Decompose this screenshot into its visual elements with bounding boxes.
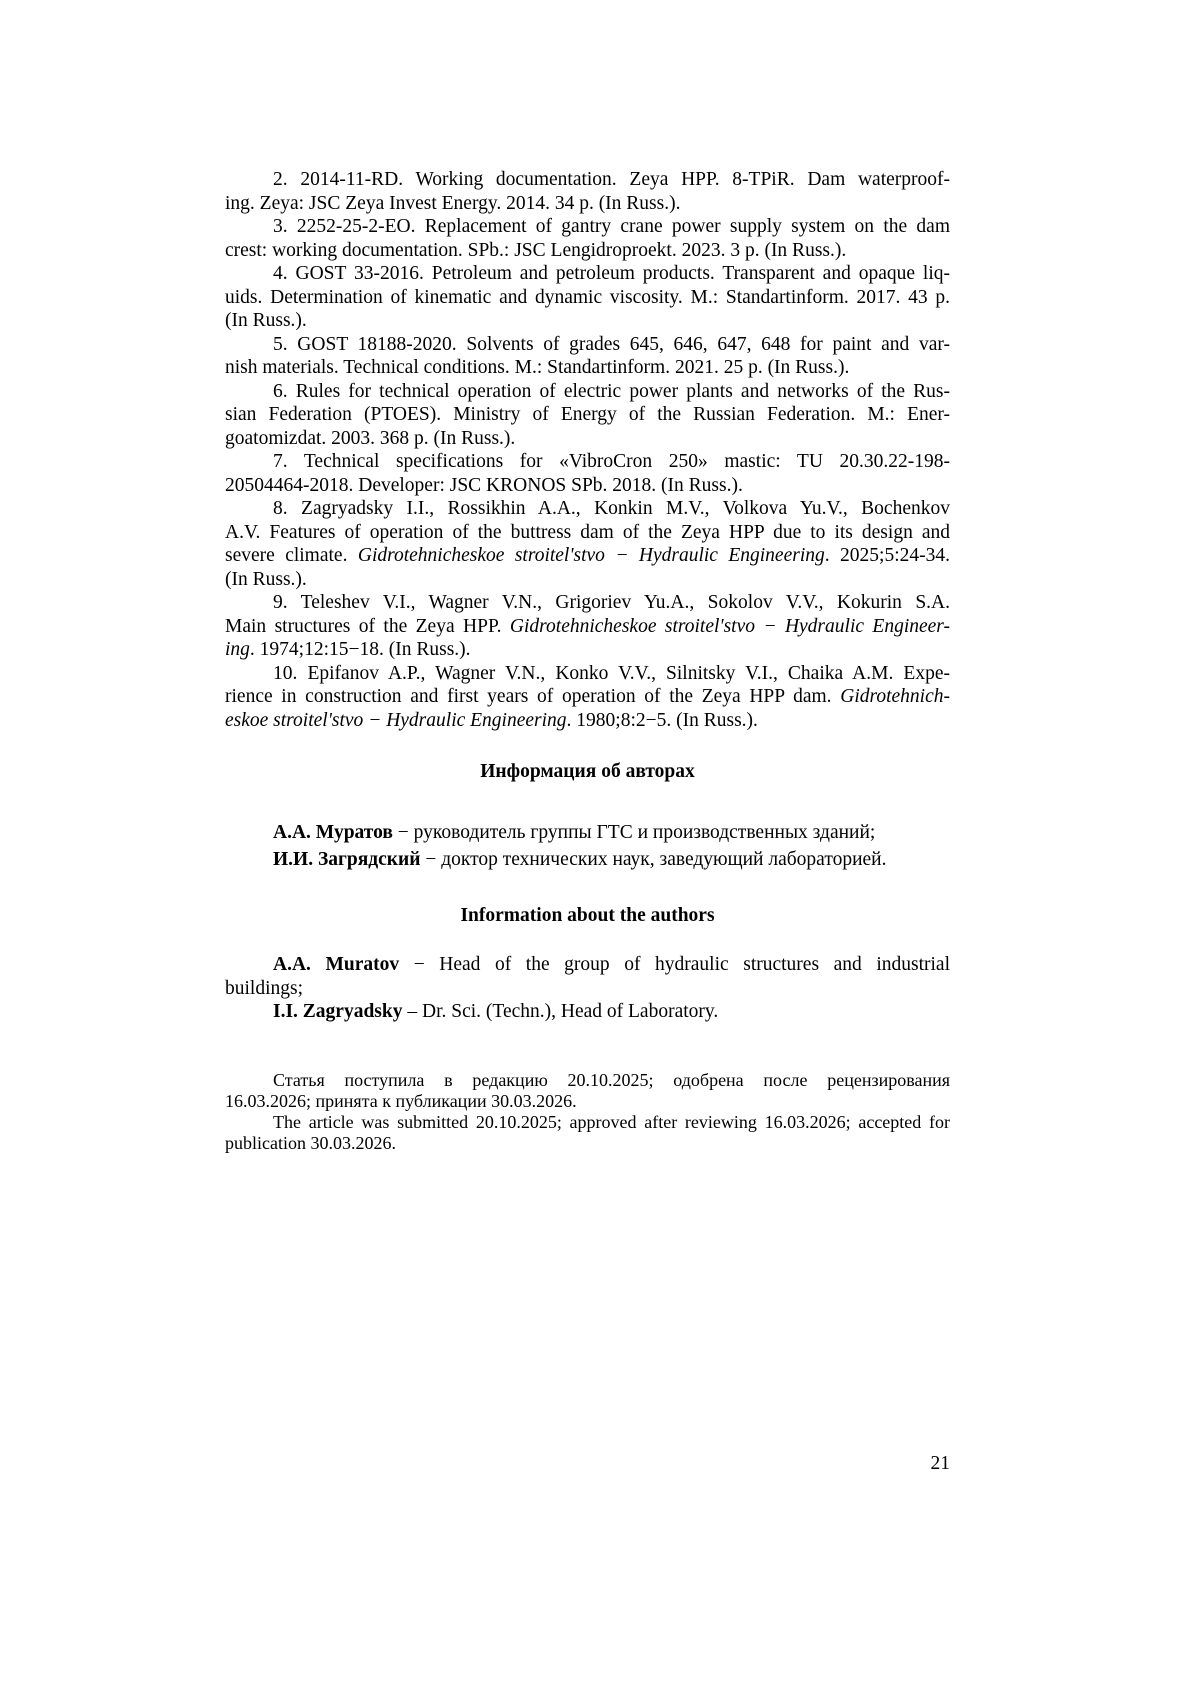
authors-en-heading: Information about the authors (225, 904, 950, 928)
author-ru-item: А.А. Муратов − руководитель группы ГТС и… (225, 819, 950, 846)
text-line: (In Russ.). (225, 568, 950, 592)
text-line: 20504464-2018. Developer: JSC KRONOS SPb… (225, 474, 950, 498)
reference-item: 4. GOST 33-2016. Petroleum and petroleum… (225, 262, 950, 333)
author-en-item: A.A. Muratov − Head of the group of hydr… (225, 953, 950, 1000)
text-line: 3. 2252-25-2-EO. Replacement of gantry c… (225, 215, 950, 239)
reference-item: 7. Technical specifications for «VibroCr… (225, 450, 950, 497)
text-line: The article was submitted 20.10.2025; ap… (225, 1112, 950, 1133)
text-line: 16.03.2026; принята к публикации 30.03.2… (225, 1091, 950, 1112)
reference-item: 10. Epifanov A.P., Wagner V.N., Konko V.… (225, 662, 950, 733)
text-line: 9. Teleshev V.I., Wagner V.N., Grigoriev… (225, 591, 950, 615)
text-line: ing. Zeya: JSC Zeya Invest Energy. 2014.… (225, 192, 950, 216)
author-ru-item: И.И. Загрядский − доктор технических нау… (225, 846, 950, 873)
text-line: crest: working documentation. SPb.: JSC … (225, 239, 950, 263)
text-line: buildings; (225, 977, 950, 1001)
text-line: Main structures of the Zeya HPP. Gidrote… (225, 615, 950, 639)
authors-ru-heading: Информация об авторах (225, 760, 950, 784)
text-line: sian Federation (PTOES). Ministry of Ene… (225, 403, 950, 427)
text-line: 6. Rules for technical operation of elec… (225, 380, 950, 404)
submission-note: The article was submitted 20.10.2025; ap… (225, 1112, 950, 1154)
text-line: uids. Determination of kinematic and dyn… (225, 286, 950, 310)
text-line: И.И. Загрядский − доктор технических нау… (225, 846, 950, 873)
authors-en-list: A.A. Muratov − Head of the group of hydr… (225, 953, 950, 1024)
text-line: ing. 1974;12:15−18. (In Russ.). (225, 638, 950, 662)
reference-item: 9. Teleshev V.I., Wagner V.N., Grigoriev… (225, 591, 950, 662)
text-line: 10. Epifanov A.P., Wagner V.N., Konko V.… (225, 662, 950, 686)
text-line: 7. Technical specifications for «VibroCr… (225, 450, 950, 474)
text-line: 5. GOST 18188-2020. Solvents of grades 6… (225, 333, 950, 357)
text-line: А.А. Муратов − руководитель группы ГТС и… (225, 819, 950, 846)
text-line: nish materials. Technical conditions. M.… (225, 356, 950, 380)
submission-note: Статья поступила в редакцию 20.10.2025; … (225, 1070, 950, 1112)
text-line: A.A. Muratov − Head of the group of hydr… (225, 953, 950, 977)
author-en-item: I.I. Zagryadsky – Dr. Sci. (Techn.), Hea… (225, 1000, 950, 1024)
reference-item: 3. 2252-25-2-EO. Replacement of gantry c… (225, 215, 950, 262)
text-line: Статья поступила в редакцию 20.10.2025; … (225, 1070, 950, 1091)
submission-dates: Статья поступила в редакцию 20.10.2025; … (225, 1070, 950, 1154)
text-line: 4. GOST 33-2016. Petroleum and petroleum… (225, 262, 950, 286)
text-line: publication 30.03.2026. (225, 1133, 950, 1154)
reference-item: 6. Rules for technical operation of elec… (225, 380, 950, 451)
reference-item: 8. Zagryadsky I.I., Rossikhin A.A., Konk… (225, 497, 950, 591)
text-line: I.I. Zagryadsky – Dr. Sci. (Techn.), Hea… (225, 1000, 950, 1024)
text-line: 8. Zagryadsky I.I., Rossikhin A.A., Konk… (225, 497, 950, 521)
text-line: (In Russ.). (225, 309, 950, 333)
page-number: 21 (225, 1452, 950, 1476)
text-line: severe climate. Gidrotehnicheskoe stroit… (225, 544, 950, 568)
reference-item: 5. GOST 18188-2020. Solvents of grades 6… (225, 333, 950, 380)
authors-ru-list: А.А. Муратов − руководитель группы ГТС и… (225, 819, 950, 873)
text-line: 2. 2014-11-RD. Working documentation. Ze… (225, 168, 950, 192)
reference-item: 2. 2014-11-RD. Working documentation. Ze… (225, 168, 950, 215)
page-content: 2. 2014-11-RD. Working documentation. Ze… (225, 168, 950, 1154)
references-list: 2. 2014-11-RD. Working documentation. Ze… (225, 168, 950, 732)
text-line: goatomizdat. 2003. 368 p. (In Russ.). (225, 427, 950, 451)
text-line: eskoe stroitel'stvo − Hydraulic Engineer… (225, 709, 950, 733)
text-line: rience in construction and first years o… (225, 685, 950, 709)
document-page: 2. 2014-11-RD. Working documentation. Ze… (0, 0, 1200, 1697)
text-line: A.V. Features of operation of the buttre… (225, 521, 950, 545)
